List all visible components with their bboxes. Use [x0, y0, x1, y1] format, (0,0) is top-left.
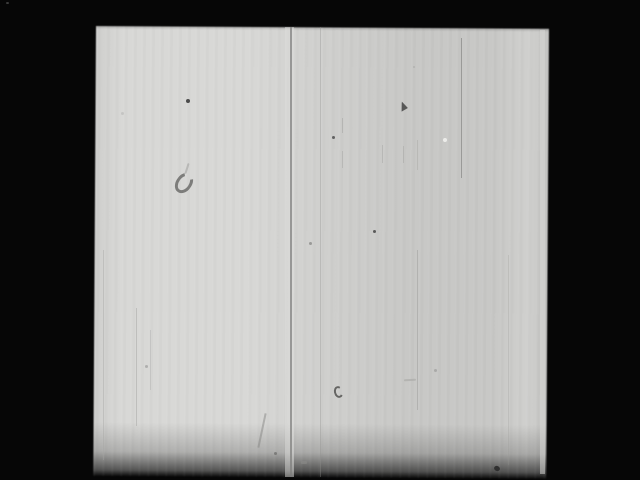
film-scratch [461, 38, 462, 178]
film-dot-speck [145, 365, 148, 368]
film-scratch [290, 27, 292, 477]
film-scratch [342, 151, 343, 168]
film-scratch [342, 118, 343, 133]
film-scratch [508, 255, 509, 465]
film-frame [93, 26, 549, 479]
film-scratch [417, 140, 418, 170]
film-scratch [417, 250, 418, 410]
film-scratch [403, 146, 404, 163]
film-dot-speck [121, 112, 124, 115]
film-dot-speck [186, 99, 190, 103]
film-dot-speck [309, 242, 312, 245]
film-dot-speck [434, 369, 437, 372]
film-dot-speck [274, 452, 277, 455]
film-scratch [540, 30, 545, 474]
film-scratch [136, 308, 137, 426]
film-background [0, 0, 640, 480]
film-dot-speck [413, 66, 415, 68]
film-dot-speck [373, 230, 376, 233]
film-dot-speck [443, 138, 447, 142]
film-dot-speck [332, 136, 335, 139]
film-scratch [320, 27, 321, 477]
film-dash-speck [301, 461, 307, 464]
film-scratch [103, 250, 104, 460]
film-dot-speck [6, 2, 9, 4]
film-scratch [150, 330, 151, 390]
film-scratch [382, 145, 383, 163]
